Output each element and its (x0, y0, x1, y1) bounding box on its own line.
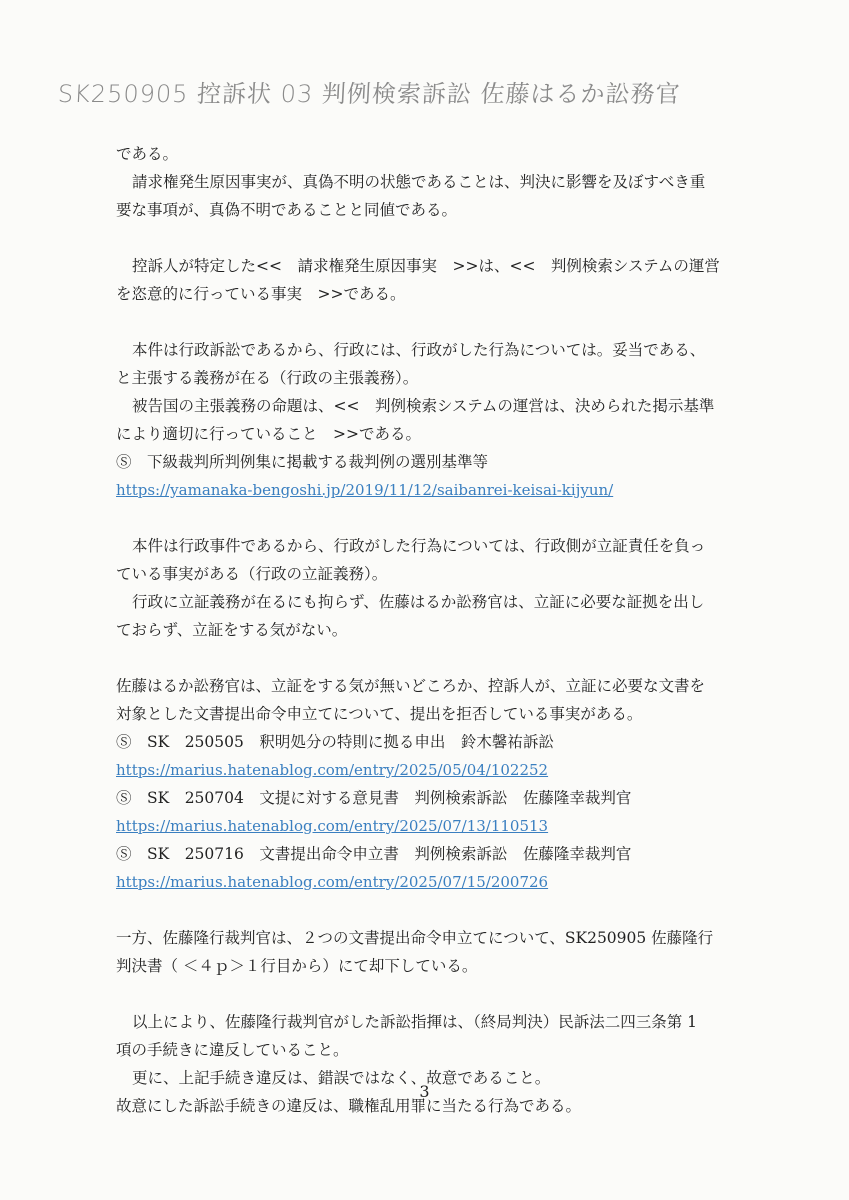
paragraph-line: Ⓢ 下級裁判所判例集に掲載する裁判例の選別基準等 (116, 448, 796, 476)
paragraph-line: Ⓢ SK 250704 文提に対する意見書 判例検索訴訟 佐藤隆幸裁判官 (116, 784, 796, 812)
paragraph-line: 控訴人が特定した<< 請求権発生原因事実 >>は、<< 判例検索システムの運営 (116, 252, 796, 280)
reference-link[interactable]: https://marius.hatenablog.com/entry/2025… (116, 873, 548, 891)
blank-line (116, 644, 796, 672)
reference-link-line: https://marius.hatenablog.com/entry/2025… (116, 812, 796, 840)
reference-link[interactable]: https://yamanaka-bengoshi.jp/2019/11/12/… (116, 481, 613, 499)
blank-line (116, 504, 796, 532)
document-body: である。請求権発生原因事実が、真偽不明の状態であることは、判決に影響を及ぼすべき… (116, 140, 796, 1120)
reference-link[interactable]: https://marius.hatenablog.com/entry/2025… (116, 761, 548, 779)
blank-line (116, 980, 796, 1008)
reference-link-line: https://yamanaka-bengoshi.jp/2019/11/12/… (116, 476, 796, 504)
paragraph-line: 要な事項が、真偽不明であることと同値である。 (116, 196, 796, 224)
paragraph-line: ておらず、立証をする気がない。 (116, 616, 796, 644)
paragraph-line: 佐藤はるか訟務官は、立証をする気が無いどころか、控訴人が、立証に必要な文書を (116, 672, 796, 700)
paragraph-line: 対象とした文書提出命令申立てについて、提出を拒否している事実がある。 (116, 700, 796, 728)
paragraph-line: 本件は行政訴訟であるから、行政には、行政がした行為については。妥当である、 (116, 336, 796, 364)
handwritten-header-note: SK250905 控訴状 03 判例検索訴訟 佐藤はるか訟務官 (57, 74, 681, 109)
paragraph-line: 請求権発生原因事実が、真偽不明の状態であることは、判決に影響を及ぼすべき重 (116, 168, 796, 196)
paragraph-line: 本件は行政事件であるから、行政がした行為については、行政側が立証責任を負っ (116, 532, 796, 560)
blank-line (116, 224, 796, 252)
paragraph-line: 一方、佐藤隆行裁判官は、２つの文書提出命令申立てについて、SK250905 佐藤… (116, 924, 796, 952)
paragraph-line: 以上により、佐藤隆行裁判官がした訴訟指揮は、（終局判決）民訴法二四三条第 1 (116, 1008, 796, 1036)
paragraph-line: Ⓢ SK 250505 釈明処分の特則に拠る申出 鈴木馨祐訴訟 (116, 728, 796, 756)
paragraph-line: ている事実がある（行政の立証義務）。 (116, 560, 796, 588)
paragraph-line: を恣意的に行っている事実 >>である。 (116, 280, 796, 308)
paragraph-line: Ⓢ SK 250716 文書提出命令申立書 判例検索訴訟 佐藤隆幸裁判官 (116, 840, 796, 868)
reference-link[interactable]: https://marius.hatenablog.com/entry/2025… (116, 817, 548, 835)
reference-link-line: https://marius.hatenablog.com/entry/2025… (116, 868, 796, 896)
blank-line (116, 308, 796, 336)
paragraph-line: 被告国の主張義務の命題は、<< 判例検索システムの運営は、決められた掲示基準 (116, 392, 796, 420)
paragraph-line: 行政に立証義務が在るにも拘らず、佐藤はるか訟務官は、立証に必要な証拠を出し (116, 588, 796, 616)
paragraph-line: 判決書（ ＜４ｐ＞１行目から）にて却下している。 (116, 952, 796, 980)
page-number: 3 (0, 1082, 849, 1101)
paragraph-line: と主張する義務が在る（行政の主張義務）。 (116, 364, 796, 392)
reference-link-line: https://marius.hatenablog.com/entry/2025… (116, 756, 796, 784)
paragraph-line: である。 (116, 140, 796, 168)
paragraph-line: 項の手続きに違反していること。 (116, 1036, 796, 1064)
blank-line (116, 896, 796, 924)
paragraph-line: により適切に行っていること >>である。 (116, 420, 796, 448)
